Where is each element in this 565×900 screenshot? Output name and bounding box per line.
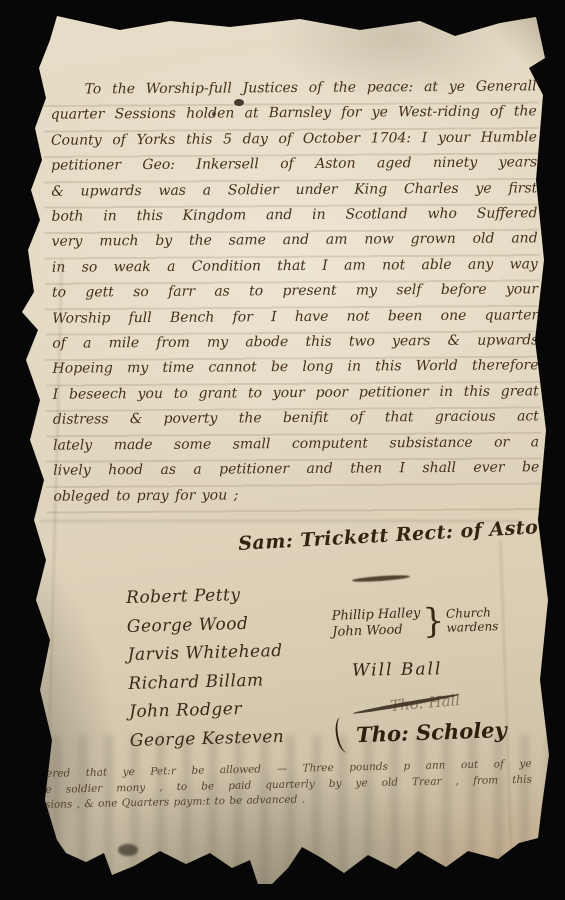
signature: Tho: Scholey (335, 711, 507, 753)
petition-line: & upwards was a Soldier under King Charl… (51, 176, 537, 205)
petition-line: lately made some small computent subsist… (53, 430, 539, 459)
petition-line: petitioner Geo: Inkersell of Aston aged … (51, 151, 537, 180)
signature: Richard Billam (128, 666, 284, 699)
paper-stain-spot (118, 844, 138, 856)
petition-body-text: To the Worship-full Justices of the peac… (50, 74, 539, 509)
petition-line: Worship full Bench for I have not been o… (52, 303, 538, 332)
signature: Will Ball (352, 659, 443, 681)
ink-smudge (352, 574, 410, 583)
churchwardens-label: wardens (446, 619, 498, 635)
signature: John Rodger (129, 694, 285, 727)
petition-line: very much by the same and am now grown o… (52, 227, 538, 256)
signature-name: Tho: Scholey (356, 717, 508, 747)
petition-line: lively hood as a petitioner and then I s… (53, 455, 539, 484)
petition-line: in so weak a Condition that I am not abl… (52, 252, 538, 281)
petition-line: obleged to pray for you ; (53, 481, 539, 510)
signature: Robert Petty (126, 580, 282, 613)
signature: Jarvis Whitehead (127, 637, 283, 670)
churchwardens-brace: } (422, 601, 445, 642)
signature: Phillip Halley (331, 606, 420, 625)
manuscript-photo: To the Worship-full Justices of the peac… (0, 0, 565, 900)
signature-flourish (333, 716, 355, 754)
petition-line: to gett so farr as to present my self be… (52, 278, 538, 307)
signature: George Kesteven (130, 723, 286, 756)
petition-line: County of Yorks this 5 day of October 17… (51, 125, 537, 154)
petition-line: of a mile from my abode this two years &… (52, 328, 538, 357)
signature: George Wood (127, 609, 283, 642)
churchwardens-block: Phillip Halley John Wood } Church warden… (331, 599, 498, 645)
petition-line: distress & poverty the benifit of that g… (53, 405, 539, 434)
petition-line: I beseech you to grant to your poor peti… (53, 379, 539, 408)
signature: John Wood (332, 622, 421, 641)
petition-line: Hopeing my time cannot be long in this W… (52, 354, 538, 383)
signature: Tho: Hall (389, 691, 460, 715)
petition-line: both in this Kingdom and in Scotland who… (51, 201, 537, 230)
petition-line: To the Worship-full Justices of the peac… (50, 74, 536, 103)
signature-list-left: Robert Petty George Wood Jarvis Whitehea… (126, 580, 285, 756)
petition-line: quarter Sessions holden at Barnsley for … (51, 100, 537, 129)
paper-sheet: To the Worship-full Justices of the peac… (0, 0, 565, 900)
